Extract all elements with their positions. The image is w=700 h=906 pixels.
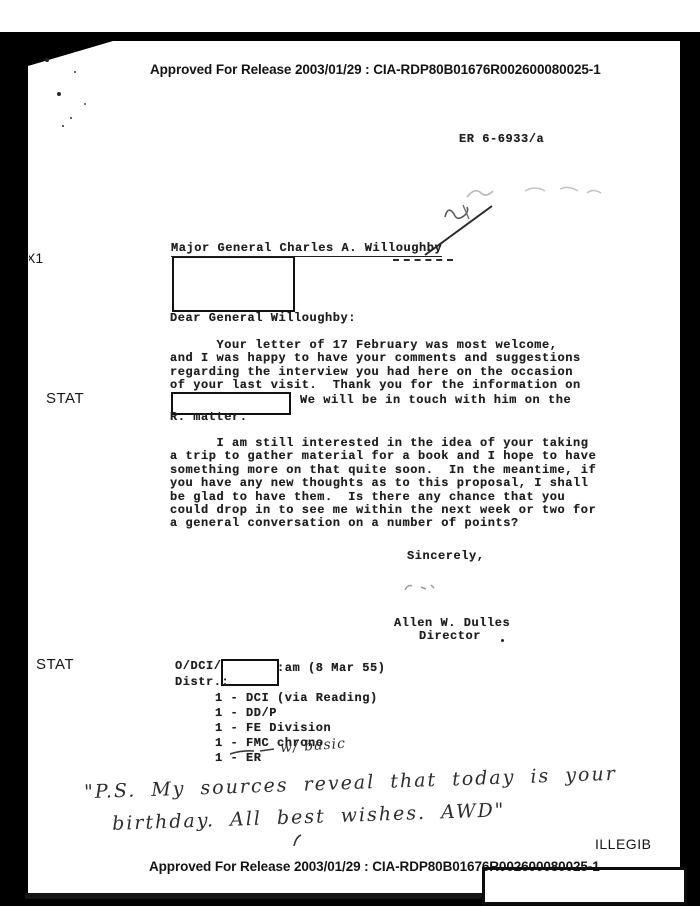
er-reference-number: ER 6-6933/a — [459, 133, 544, 146]
recipient-name: Major General Charles A. Willoughby — [171, 241, 442, 257]
stat-annotation-upper: STAT — [46, 390, 84, 407]
redaction-box-typist — [221, 659, 279, 686]
illegib-marker: ILLEGIB — [595, 836, 651, 852]
stat-annotation-lower: STAT — [36, 656, 74, 673]
body-paragraph-1-after-redaction: We will be in touch with him on the — [300, 394, 571, 407]
faint-signature-marks — [403, 580, 439, 594]
recipient-line: Major General Charles A. Willoughby — [171, 242, 442, 255]
redaction-box-address — [172, 256, 295, 312]
pen-mark — [292, 834, 304, 848]
office-suffix: :am (8 Mar 55) — [277, 662, 386, 675]
release-stamp-bottom: Approved For Release 2003/01/29 : CIA-RD… — [149, 859, 600, 874]
body-paragraph-1: Your letter of 17 February was most welc… — [170, 339, 581, 393]
margin-code-x1: X1 — [29, 250, 43, 266]
distribution-label: Distr.: — [175, 676, 229, 689]
document-scan-page: Approved For Release 2003/01/29 : CIA-RD… — [0, 0, 700, 906]
signer-title: Director — [419, 630, 481, 643]
salutation: Dear General Willoughby: — [170, 312, 356, 325]
paper-corner-cut — [28, 41, 114, 67]
ink-dot — [501, 639, 504, 642]
body-paragraph-2: I am still interested in the idea of you… — [170, 437, 596, 531]
scan-smudge-bar — [25, 893, 482, 899]
release-stamp-top: Approved For Release 2003/01/29 : CIA-RD… — [150, 62, 601, 77]
recipient-dashed-underline — [393, 259, 453, 261]
closing-sincerely: Sincerely, — [407, 550, 485, 563]
scan-speckle-marks — [45, 58, 49, 62]
office-code: O/DCI/ — [175, 660, 222, 673]
margin-code-clip: X1 — [29, 250, 57, 266]
handwritten-routing-marks — [415, 173, 650, 263]
body-paragraph-1-tail: R. matter. — [170, 411, 248, 424]
